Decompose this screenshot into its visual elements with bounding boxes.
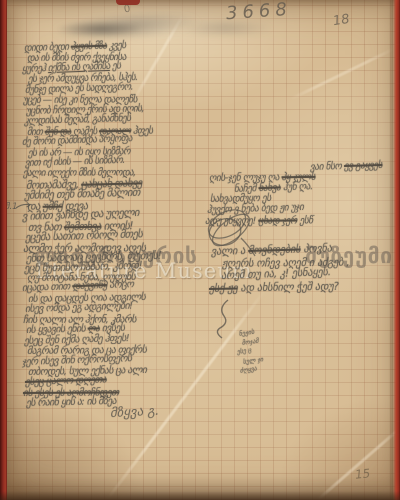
struck-text: მოვნდების [248,244,301,257]
struck-text: ცხად ჯერ [258,216,297,227]
corner-mark: 0 [123,4,131,16]
handwriting-text: ესწ [297,215,313,226]
page-number-top: 18 [332,12,351,29]
paper-crease [289,48,394,101]
handwriting-text: ისევ ომდა ეგ ადგილები! [25,301,133,315]
handwritten-line: ნეჟის [238,329,254,338]
handwritten-line: ძღყვა [239,365,257,375]
handwriting-text: ესე ც [236,347,251,356]
binding-edge-right [393,0,400,500]
pen-flourish [212,298,236,340]
binding-mark [116,0,140,5]
ink-smudge [58,21,142,37]
binding-edge-left [0,0,7,500]
handwriting-text: ად ახსნილ ჭეშ ადუ? [237,280,338,294]
handwritten-line: ჰუვქო ვ ნება ბედ ჟი უჯი [207,202,304,216]
handwritten-line: ადუ ესყვღე! ცხად ჯერ ესწ [205,215,313,227]
handwritten-line: ესე ც [236,347,251,356]
handwriting-text: ჰუვქო ვ ნება ბედ ჟი უჯი [207,202,304,216]
handwriting-text: ეს [110,60,121,71]
handwritten-line: ეს რაინ ყის ა: ის მზეა [26,396,116,409]
handwritten-line: კლდისას შეღამ, განამხნეს [24,113,131,127]
handwriting-text: ნეჟის [238,329,254,338]
handwriting-text: არემ თუ ია, კ! ესნაყეს. [221,267,331,283]
struck-text: ევ გაყვეს [344,160,382,172]
handwriting-text: კლდისას შეღამ, განამხნეს [24,113,131,127]
paper-crease [317,425,400,500]
handwritten-line: ვაი ნსო ევ გაყვეს [310,160,382,173]
signature: მზყვა გ. [110,404,160,422]
handwriting-text: კვეს [106,40,125,52]
bottom-shadow [0,491,400,500]
handwriting-text: პოვნა [300,243,332,256]
handwritten-line: სულ ჯი [243,356,264,366]
page-number-bottom: 15 [354,466,371,482]
handwriting-text: არცო [107,279,134,291]
handwriting-text: ძღყვა [239,365,257,375]
paper-crease [132,14,185,102]
handwriting-text: ჰფეს [130,125,152,136]
struck-text: ესქ ჟე [209,282,238,294]
handwritten-line: ესეც ცალო დღეთა [25,375,107,389]
manuscript-page: 0 3668 18 ლიტერატურის მუზეუმი literature… [0,0,400,500]
struck-text: დაუვიწყ [72,280,107,292]
struck-text: ჰყვის მზა [71,41,107,53]
struck-text: ესეც ცალო დღეთა [25,375,107,389]
handwriting-text: ჰუნ ღა. [280,181,312,193]
handwritten-line: ესქ ჟე ად ახსნილ ჭეშ ადუ? [209,280,339,294]
handwriting-text: ადუ ესყვღე! [205,216,258,227]
handwriting-text: ვალი ა [211,245,249,258]
handwriting-text: სულ ჯი [243,356,264,366]
handwritten-line: ისევ ომდა ეგ ადგილები! [25,301,133,315]
archive-number: 3668 [225,0,292,24]
handwriting-text: ეს რაინ ყის ა: ის მზეა [26,396,116,409]
handwritten-line: არემ თუ ია, კ! ესნაყეს. [221,267,331,283]
